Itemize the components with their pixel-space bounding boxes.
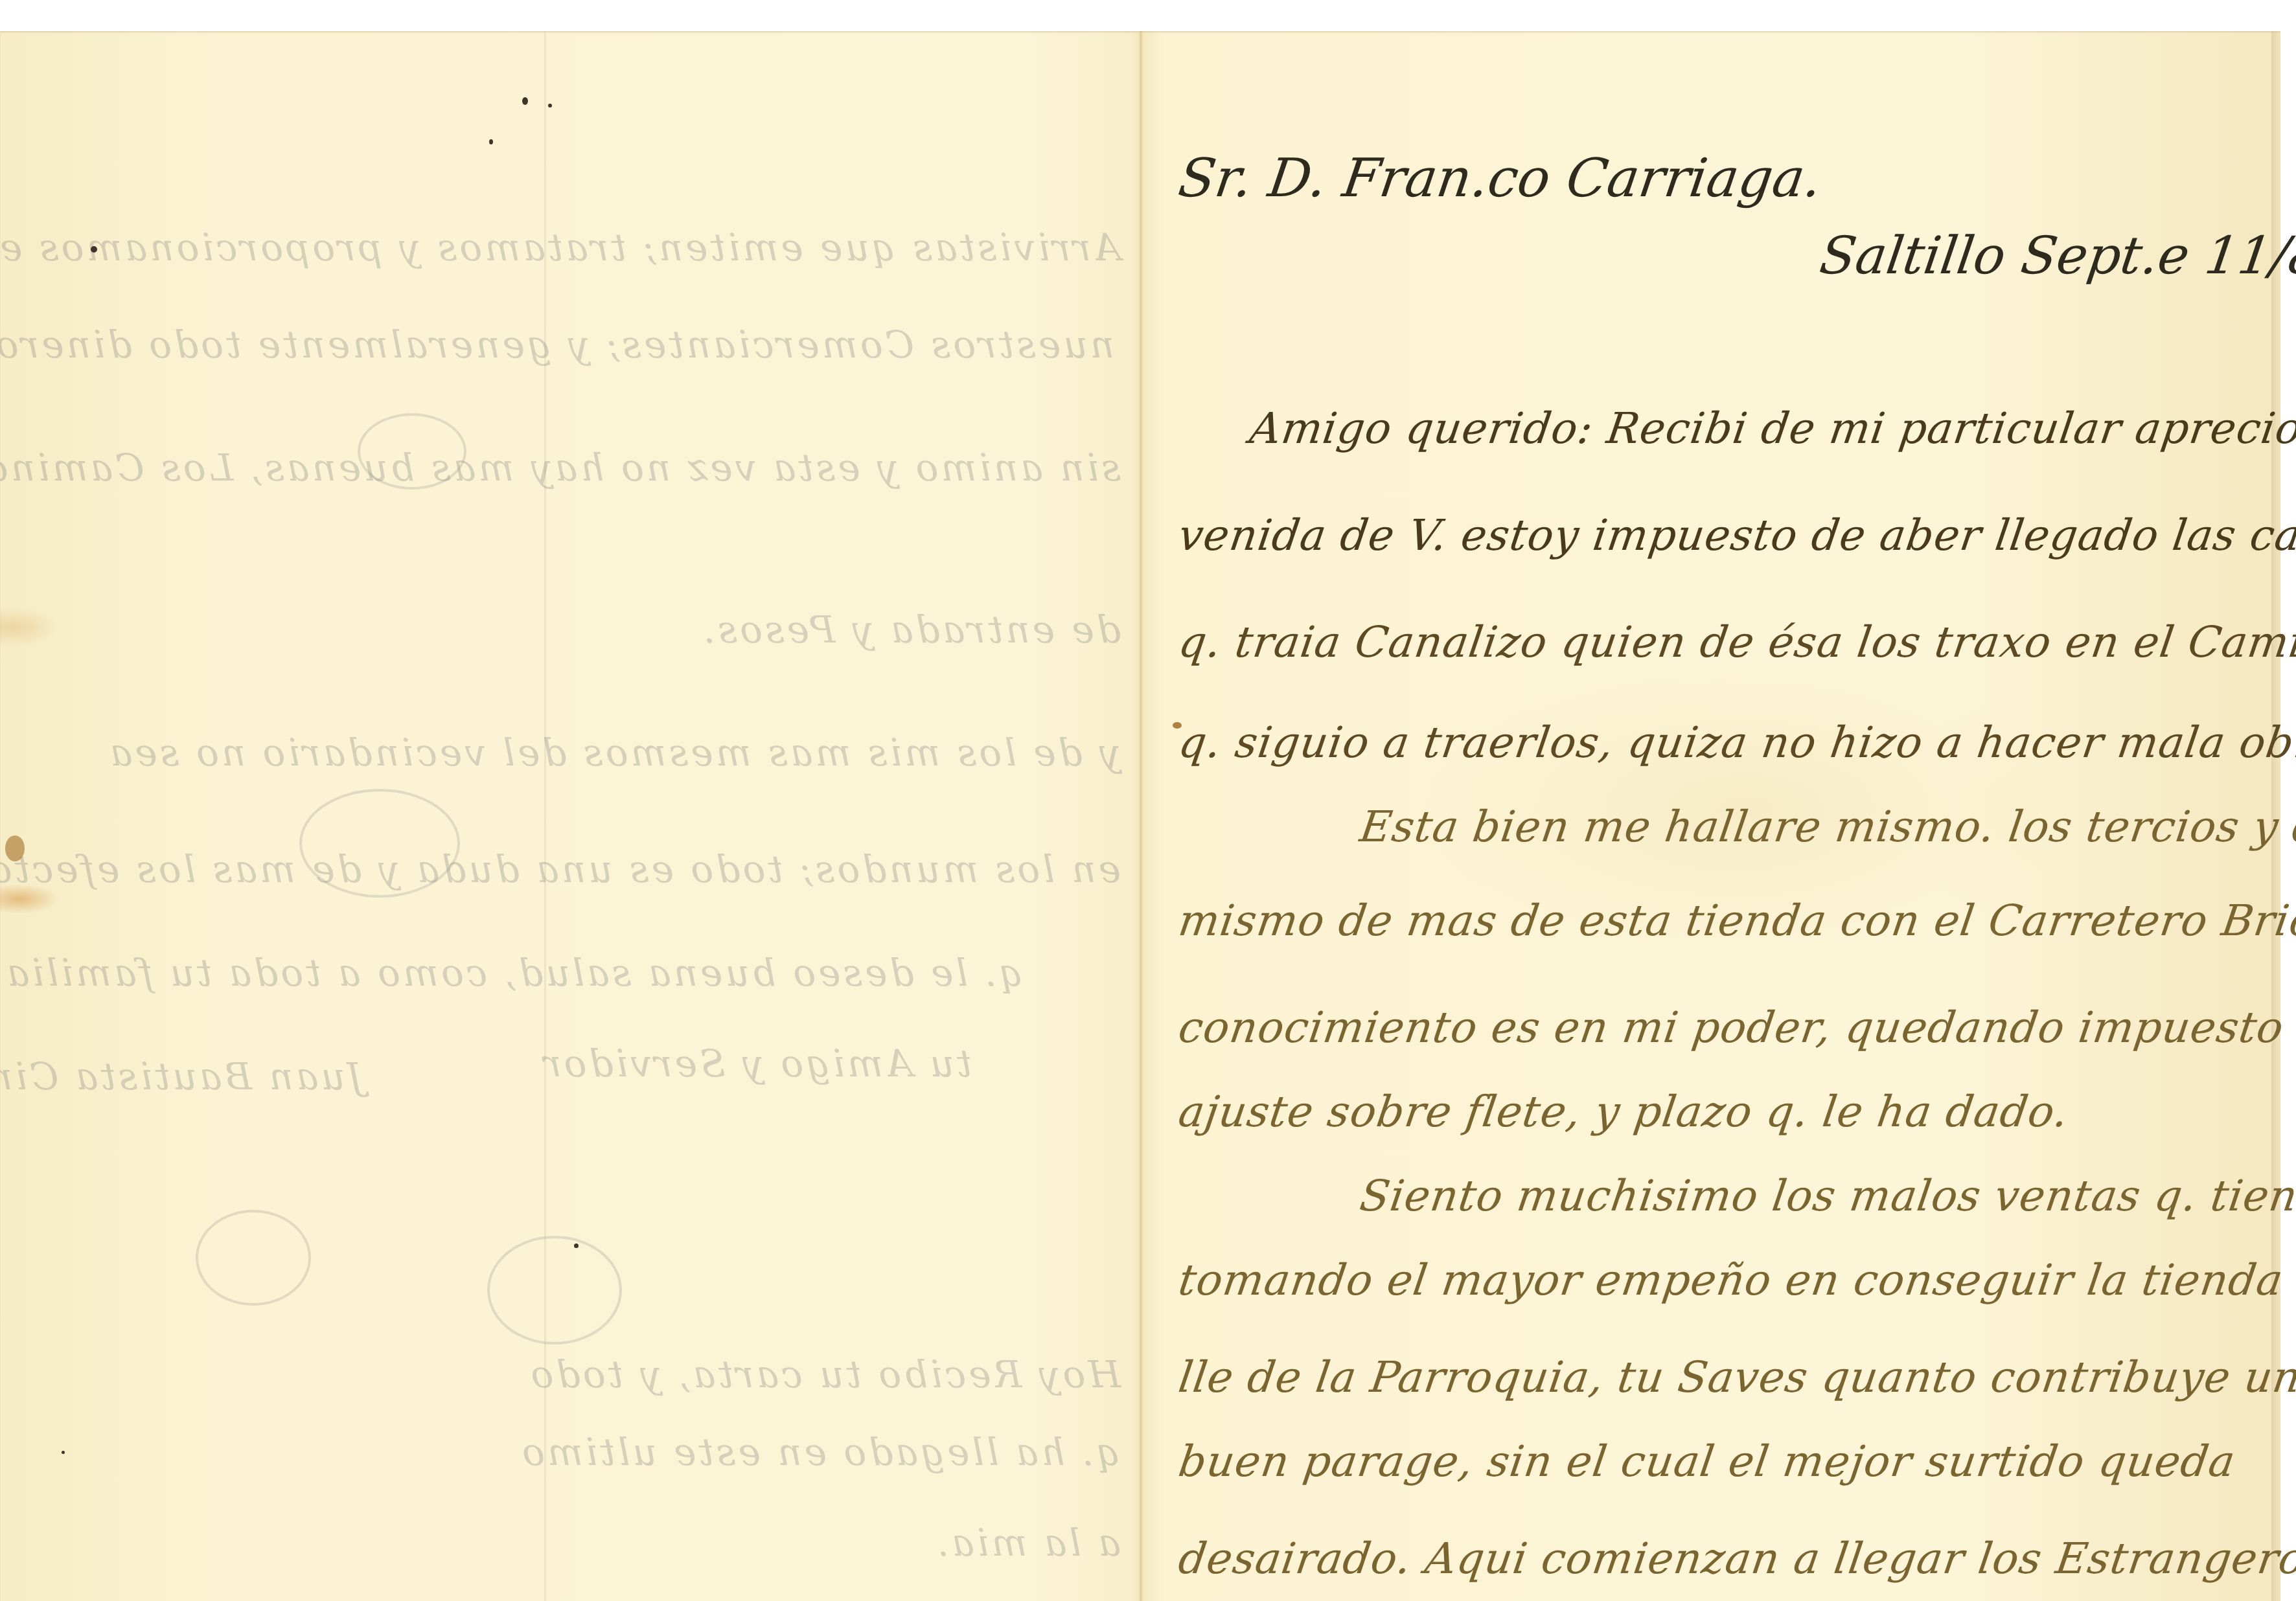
letter-page: Sr. D. Fran.co Carriaga. Saltillo Sept.e… — [1140, 31, 2280, 1601]
bleed-line: Arrivistas que emiten; tratamos y propor… — [0, 225, 1121, 269]
body-line: q. traia Canalizo quien de ésa los traxo… — [1176, 617, 2296, 667]
bleed-signature-rubric — [196, 1210, 311, 1306]
body-line: buen parage, sin el cual el mejor surtid… — [1176, 1436, 2239, 1486]
ink-speck — [548, 104, 552, 108]
bleed-line: sin animo y esta vez no hay mas buenas, … — [0, 446, 1121, 490]
bleed-line: Juan Bautista Cime — [0, 1054, 363, 1098]
ink-speck — [522, 97, 528, 105]
bleed-line: a la mia. — [935, 1521, 1121, 1565]
stain-spot — [5, 835, 25, 861]
bleed-through-text: Arrivistas que emiten; tratamos y propor… — [0, 31, 1140, 1601]
bleed-line: tu Amigo y Servidor — [541, 1041, 972, 1085]
bleed-flourish — [299, 789, 460, 898]
bleed-line: q. ha llegado en este ultimo — [520, 1430, 1121, 1474]
body-line: Amigo querido: Recibi de mi particular a… — [1247, 403, 2296, 453]
bleed-line: q. le deseo buena salud, como a toda tu … — [5, 951, 1024, 995]
body-line: q. siguio a traerlos, quiza no hizo a ha… — [1176, 718, 2296, 767]
body-line: tomando el mayor empeño en conseguir la … — [1176, 1255, 2296, 1305]
bleed-line: en los mundos; todo es una duda y de mas… — [0, 847, 1121, 891]
bleed-line: nuestros Comerciantes; y generalmente to… — [0, 323, 1114, 367]
ink-speck — [62, 1451, 65, 1454]
body-line: mismo de mas de esta tienda con el Carre… — [1176, 896, 2296, 946]
ink-speck — [489, 139, 493, 144]
body-line: Esta bien me hallare mismo. los tercios … — [1357, 802, 2296, 852]
body-line: conocimiento es en mi poder, quedando im… — [1176, 1003, 2296, 1052]
body-line: ajuste sobre flete, y plazo q. le ha dad… — [1176, 1087, 2072, 1137]
ink-speck — [91, 246, 97, 253]
date-line: Saltillo Sept.e 11/826. — [1816, 225, 2296, 286]
bleed-line: Hoy Recibo tu carta, y todo — [529, 1352, 1121, 1396]
bleed-flourish — [358, 413, 466, 490]
bleed-line: y de los mis mas mesmos del vecindario n… — [108, 731, 1121, 775]
bleed-line: de entrada y Pesos. — [701, 607, 1121, 652]
bleed-signature-rubric — [487, 1236, 622, 1345]
body-line: venida de V. estoy impuesto de aber lleg… — [1176, 510, 2296, 560]
scanned-document: Arrivistas que emiten; tratamos y propor… — [0, 0, 2296, 1601]
body-line: lle de la Parroquia, tu Saves quanto con… — [1176, 1352, 2296, 1402]
ink-speck — [574, 1243, 579, 1248]
body-line: desairado. Aqui comienzan a llegar los E… — [1176, 1534, 2296, 1584]
addressee-line: Sr. D. Fran.co Carriaga. — [1175, 148, 1826, 209]
body-line: Siento muchisimo los malos ventas q. tie… — [1357, 1171, 2296, 1221]
